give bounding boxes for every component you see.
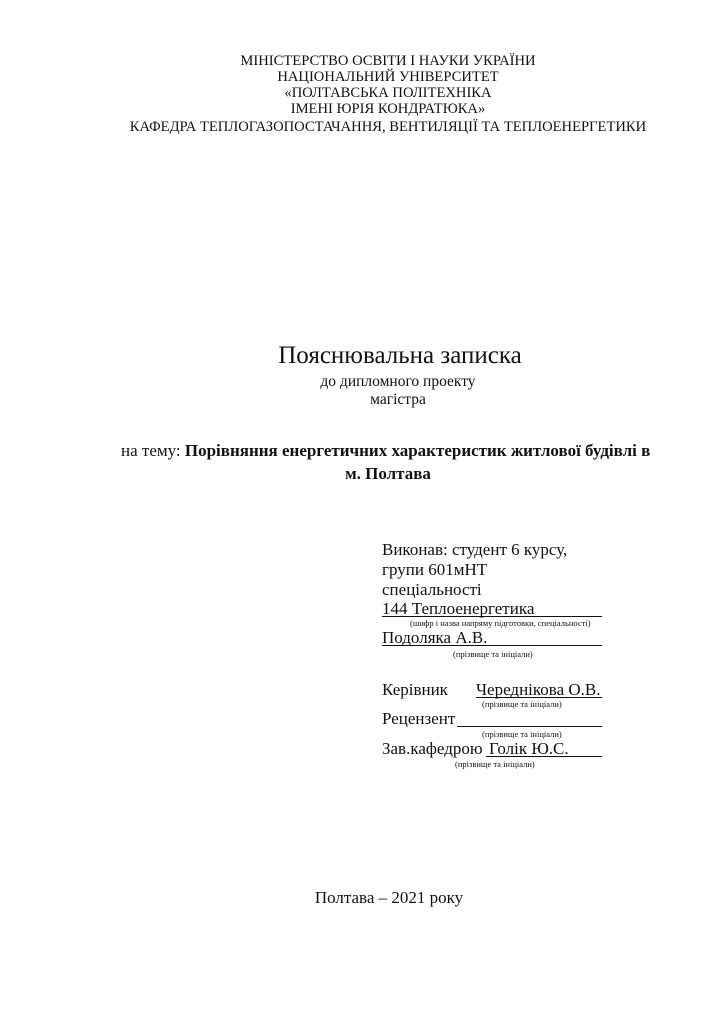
degree-label: магістра <box>0 391 724 409</box>
topic-title-part-1: Порівняння енергетичних характеристик жи… <box>185 441 650 460</box>
head-of-department-caption: (прізвище та ініціали) <box>455 759 535 769</box>
author-name-underline <box>382 645 602 646</box>
department-line: КАФЕДРА ТЕПЛОГАЗОПОСТАЧАННЯ, ВЕНТИЛЯЦІЇ … <box>0 119 724 135</box>
author-name-caption: (прізвище та ініціали) <box>453 649 533 659</box>
author-specialty-label: спеціальності <box>382 580 482 600</box>
head-of-department-label: Зав.кафедрою <box>382 739 483 759</box>
place-and-year: Полтава – 2021 року <box>0 888 724 908</box>
author-performed-by: Виконав: студент 6 курсу, <box>382 540 567 560</box>
topic-prefix: на тему: <box>121 441 185 460</box>
specialty-underline <box>382 616 602 617</box>
author-group: групи 601мНТ <box>382 560 487 580</box>
topic-line-2: м. Полтава <box>0 463 724 485</box>
supervisor-caption: (прізвище та ініціали) <box>482 699 562 709</box>
document-title: Пояснювальна записка <box>0 342 724 370</box>
university-name-line-2: ІМЕНІ ЮРІЯ КОНДРАТЮКА» <box>0 101 724 117</box>
topic-title-part-2: м. Полтава <box>345 464 431 483</box>
topic-line-1: на тему: Порівняння енергетичних характе… <box>121 440 650 462</box>
reviewer-label: Рецензент <box>382 709 455 729</box>
university-name-line-1: «ПОЛТАВСЬКА ПОЛІТЕХНІКА <box>0 85 724 101</box>
ministry-line: МІНІСТЕРСТВО ОСВІТИ І НАУКИ УКРАЇНИ <box>0 53 724 69</box>
university-line: НАЦІОНАЛЬНИЙ УНІВЕРСИТЕТ <box>0 69 724 85</box>
specialty-caption: (шифр і назва напряму підготовки, спеціа… <box>410 618 591 628</box>
head-of-department-underline <box>486 756 602 757</box>
reviewer-underline <box>457 726 602 727</box>
supervisor-underline <box>476 697 602 698</box>
supervisor-label: Керівник <box>382 680 448 700</box>
reviewer-caption: (прізвище та ініціали) <box>482 729 562 739</box>
document-subtitle: до дипломного проекту <box>0 373 724 391</box>
